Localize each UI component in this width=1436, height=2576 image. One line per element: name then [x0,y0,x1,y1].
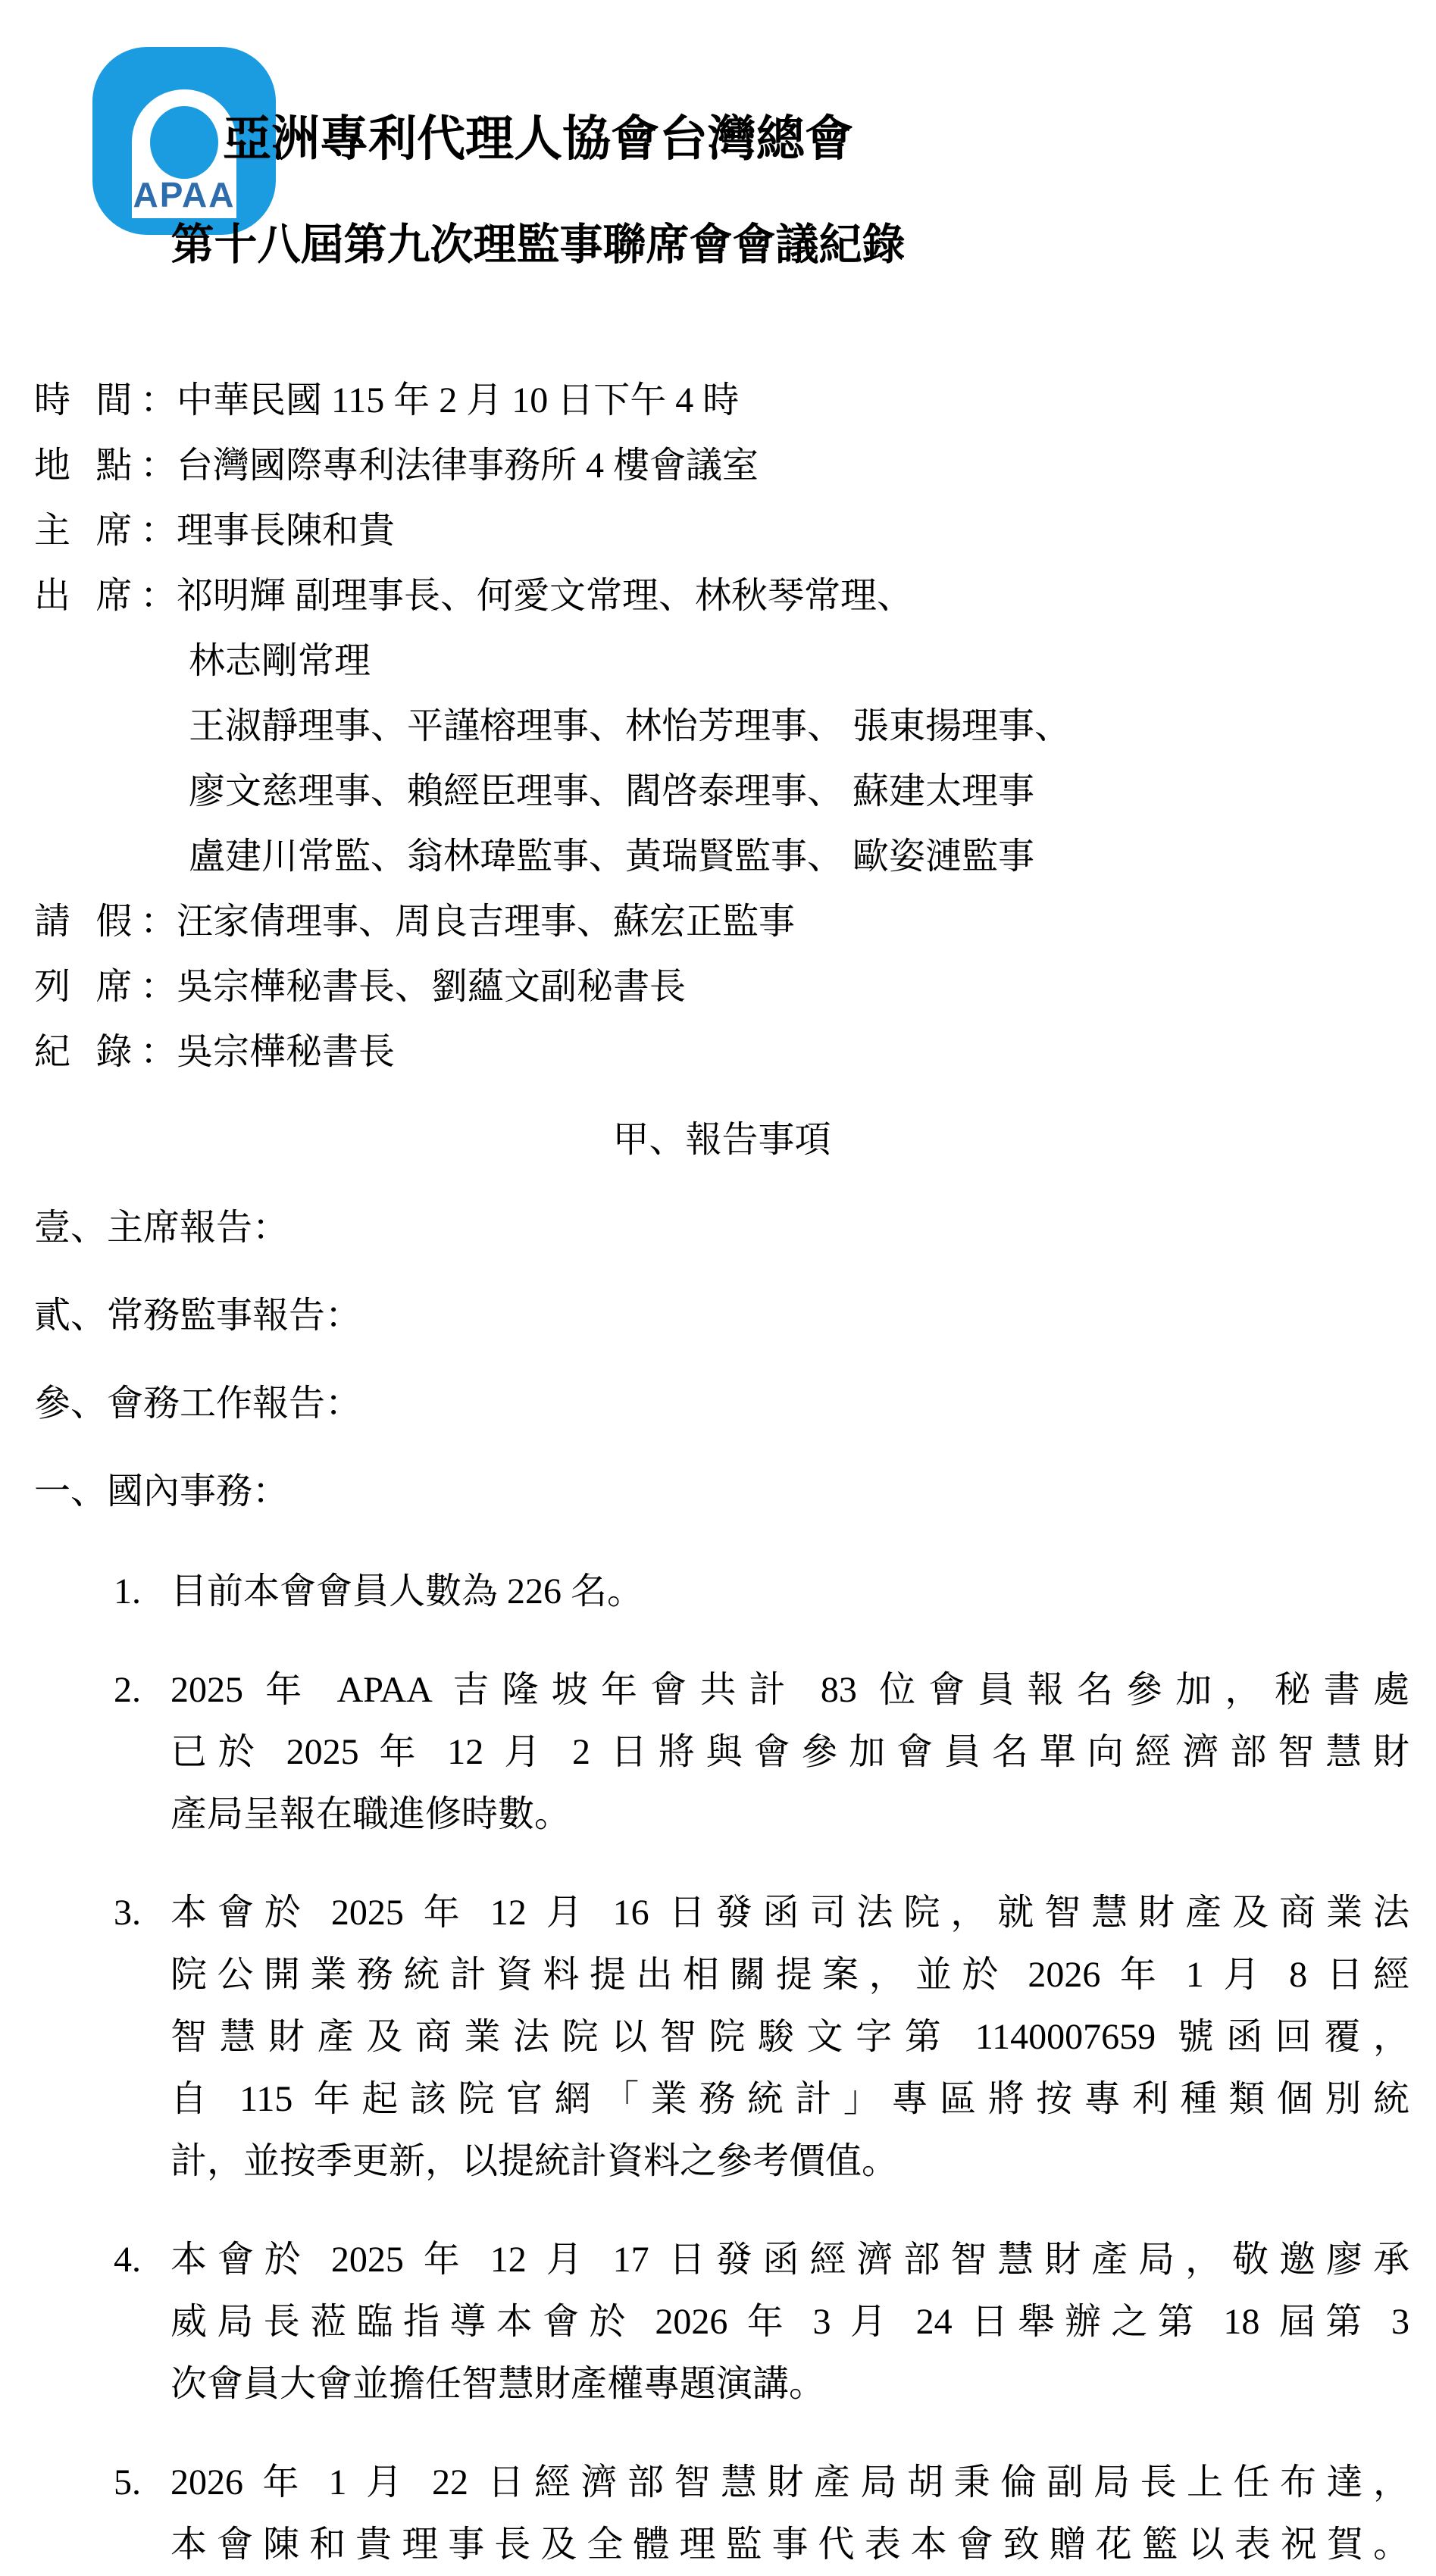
info-label: 紀 錄： [34,1020,177,1085]
info-line: 吳宗樺秘書長 [177,1020,1409,1085]
domestic-affairs-heading: 一、國內事務： [34,1459,1409,1524]
info-row: 地 點： 台灣國際專利法律事務所 4 樓會議室 [34,433,1409,499]
document-page: APAA 亞洲專利代理人協會台灣總會 第十八屆第九次理監事聯席會會議紀錄 時 間… [0,0,1436,2576]
info-content: 台灣國際專利法律事務所 4 樓會議室 [177,433,1409,499]
item-text: 目前本會會員人數為 226 名。 [171,1561,1409,1623]
info-content: 吳宗樺秘書長 [177,1020,1409,1085]
info-content: 中華民國 115 年 2 月 10 日下午 4 時 [177,368,1409,433]
report-section-row: 貳、常務監事報告： [34,1283,1409,1349]
item-line: 計，並按季更新，以提統計資料之參考價值。 [171,2131,1409,2193]
info-line: 王淑靜理事、平謹榕理事、林怡芳理事、 張東揚理事、 [177,694,1409,759]
document-header: APAA 亞洲專利代理人協會台灣總會 第十八屆第九次理監事聯席會會議紀錄 [0,0,1436,349]
info-row: 紀 錄： 吳宗樺秘書長 [34,1020,1409,1085]
info-content: 吳宗樺秘書長、劉蘊文副秘書長 [177,955,1409,1020]
numbered-item: 2. 2025 年 APAA 吉隆坡年會共計 83 位會員報名參加，秘書處已於 … [34,1659,1409,1846]
item-line: 次會員大會並擔任智慧財產權專題演講。 [171,2353,1409,2415]
info-row: 出 席： 祁明輝 副理事長、何愛文常理、林秋琴常理、林志剛常理王淑靜理事、平謹榕… [34,564,1409,889]
item-line: 智慧財產及商業法院以智院駿文字第 1140007659 號函回覆， [171,2006,1409,2068]
info-label: 請 假： [34,889,177,955]
info-content: 理事長陳和貴 [177,499,1409,564]
item-line: 本會於 2025 年 12 月 17 日發函經濟部智慧財產局，敬邀廖承 [171,2229,1409,2291]
numbered-item: 5. 2026 年 1 月 22 日經濟部智慧財產局胡秉倫副局長上任布達，本會陳… [34,2452,1409,2576]
item-number: 5. [114,2452,171,2576]
numbered-item: 3. 本會於 2025 年 12 月 16 日發函司法院，就智慧財產及商業法院公… [34,1882,1409,2193]
info-content: 汪家倩理事、周良吉理事、蘇宏正監事 [177,889,1409,955]
info-label: 列 席： [34,955,177,1020]
item-number: 3. [114,1882,171,2193]
info-row: 時 間： 中華民國 115 年 2 月 10 日下午 4 時 [34,368,1409,433]
info-label: 出 席： [34,564,177,629]
item-line: 威局長蒞臨指導本會於 2026 年 3 月 24 日舉辦之第 18 屆第 3 [171,2291,1409,2353]
page-subtitle: 第十八屆第九次理監事聯席會會議紀錄 [0,220,1076,271]
report-sections: 壹、主席報告：貳、常務監事報告：參、會務工作報告： [0,1196,1436,1436]
info-line: 汪家倩理事、周良吉理事、蘇宏正監事 [177,889,1409,955]
item-line: 目前本會會員人數為 226 名。 [171,1561,1409,1623]
item-text: 2025 年 APAA 吉隆坡年會共計 83 位會員報名參加，秘書處已於 202… [171,1659,1409,1846]
item-line: 本會陳和貴理事長及全體理監事代表本會致贈花籃以表祝賀。 [171,2514,1409,2576]
page-title: 亞洲專利代理人協會台灣總會 [0,111,1076,169]
info-label: 地 點： [34,433,177,499]
info-line: 祁明輝 副理事長、何愛文常理、林秋琴常理、 [177,564,1409,629]
item-text: 本會於 2025 年 12 月 16 日發函司法院，就智慧財產及商業法院公開業務… [171,1882,1409,2193]
info-row: 請 假： 汪家倩理事、周良吉理事、蘇宏正監事 [34,889,1409,955]
item-line: 自 115 年起該院官網「業務統計」專區將按專利種類個別統 [171,2068,1409,2131]
item-line: 2025 年 APAA 吉隆坡年會共計 83 位會員報名參加，秘書處 [171,1659,1409,1721]
item-number: 2. [114,1659,171,1846]
numbered-item: 4. 本會於 2025 年 12 月 17 日發函經濟部智慧財產局，敬邀廖承威局… [34,2229,1409,2415]
item-line: 院公開業務統計資料提出相關提案，並於 2026 年 1 月 8 日經 [171,1944,1409,2006]
info-content: 祁明輝 副理事長、何愛文常理、林秋琴常理、林志剛常理王淑靜理事、平謹榕理事、林怡… [177,564,1409,889]
meeting-info: 時 間： 中華民國 115 年 2 月 10 日下午 4 時 地 點： 台灣國際… [34,368,1409,1085]
info-line: 台灣國際專利法律事務所 4 樓會議室 [177,433,1409,499]
info-line: 理事長陳和貴 [177,499,1409,564]
section-heading-report-matters: 甲、報告事項 [34,1108,1409,1173]
item-line: 2026 年 1 月 22 日經濟部智慧財產局胡秉倫副局長上任布達， [171,2452,1409,2514]
numbered-item: 1. 目前本會會員人數為 226 名。 [34,1561,1409,1623]
report-section-row: 參、會務工作報告： [34,1371,1409,1436]
info-line: 吳宗樺秘書長、劉蘊文副秘書長 [177,955,1409,1020]
item-number: 1. [114,1561,171,1623]
info-row: 主 席： 理事長陳和貴 [34,499,1409,564]
item-number: 4. [114,2229,171,2415]
info-line: 盧建川常監、翁林瑋監事、黃瑞賢監事、 歐姿漣監事 [177,824,1409,889]
item-text: 本會於 2025 年 12 月 17 日發函經濟部智慧財產局，敬邀廖承威局長蒞臨… [171,2229,1409,2415]
item-line: 本會於 2025 年 12 月 16 日發函司法院，就智慧財產及商業法 [171,1882,1409,1944]
logo-wordmark: APAA [92,174,276,215]
info-label: 主 席： [34,499,177,564]
info-line: 林志剛常理 [177,629,1409,694]
report-section-row: 壹、主席報告： [34,1196,1409,1261]
item-text: 2026 年 1 月 22 日經濟部智慧財產局胡秉倫副局長上任布達，本會陳和貴理… [171,2452,1409,2576]
info-line: 廖文慈理事、賴經臣理事、閻啓泰理事、 蘇建太理事 [177,759,1409,824]
info-line: 中華民國 115 年 2 月 10 日下午 4 時 [177,368,1409,433]
item-line: 已於 2025 年 12 月 2 日將與會參加會員名單向經濟部智慧財 [171,1721,1409,1784]
info-label: 時 間： [34,368,177,433]
info-row: 列 席： 吳宗樺秘書長、劉蘊文副秘書長 [34,955,1409,1020]
item-line: 產局呈報在職進修時數。 [171,1784,1409,1846]
domestic-items: 1. 目前本會會員人數為 226 名。 2. 2025 年 APAA 吉隆坡年會… [0,1561,1436,2576]
